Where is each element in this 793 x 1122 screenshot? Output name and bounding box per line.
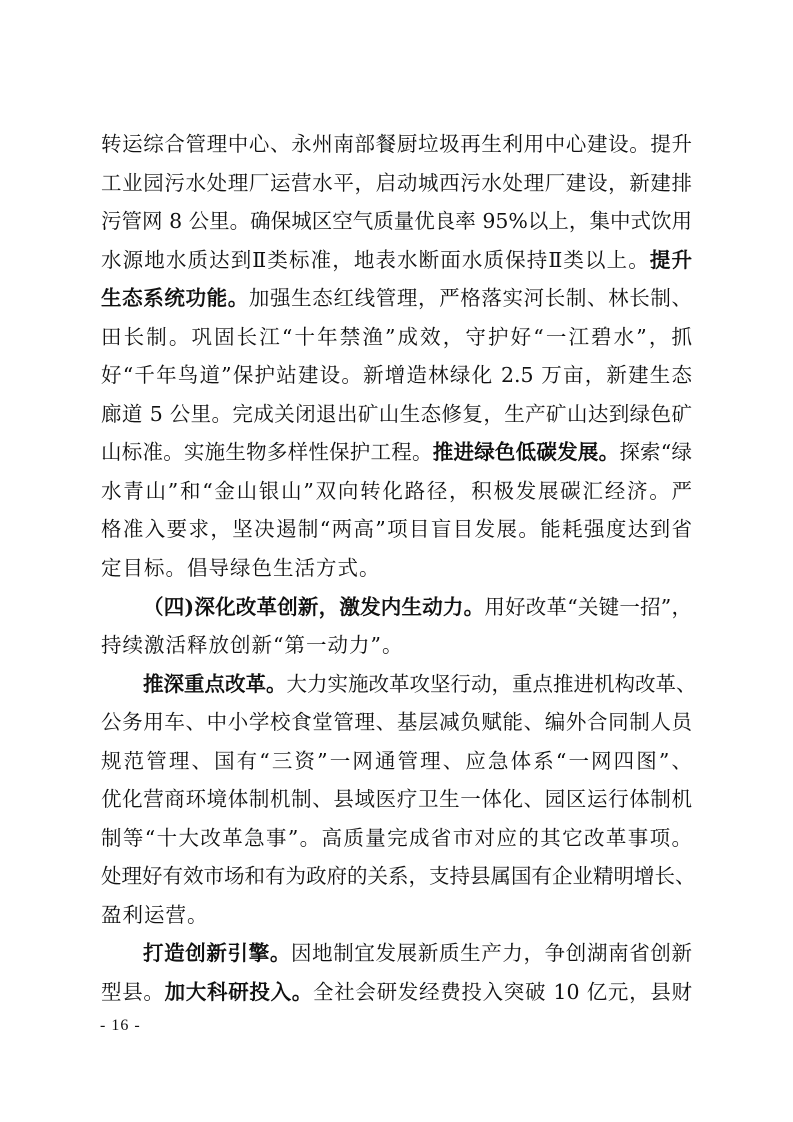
text-line: 推深重点改革。大力实施改革攻坚行动，重点推进机构改革、	[101, 665, 692, 704]
bold-heading-run: 提升	[650, 248, 692, 272]
text-run: 全社会研发经费投入突破 10 亿元，县财	[313, 980, 692, 1004]
text-run: 型县。	[101, 980, 165, 1004]
text-line: 工业园污水处理厂运营水平，启动城西污水处理厂建设，新建排	[101, 164, 692, 203]
text-line: 打造创新引擎。因地制宜发展新质生产力，争创湖南省创新	[101, 934, 692, 973]
bold-heading-run: 生态系统功能。	[101, 286, 249, 310]
bold-heading-run: 推进绿色低碳发展。	[433, 440, 620, 464]
page-number: - 16 -	[100, 1016, 141, 1036]
text-line: 廊道 5 公里。完成关闭退出矿山生态修复，生产矿山达到绿色矿	[101, 395, 692, 434]
text-line: 生态系统功能。加强生态红线管理，严格落实河长制、林长制、	[101, 279, 692, 318]
text-run: 制等“十大改革急事”。高质量完成省市对应的其它改革事项。	[101, 826, 692, 850]
bold-heading-run: 打造创新引擎。	[143, 941, 291, 965]
text-line: 定目标。倡导绿色生活方式。	[101, 549, 692, 588]
bold-heading-run: 推深重点改革。	[143, 672, 287, 696]
text-run: 规范管理、国有“三资”一网通管理、应急体系“一网四图”、	[101, 749, 692, 773]
text-line: 转运综合管理中心、永州南部餐厨垃圾再生利用中心建设。提升	[101, 125, 692, 164]
text-line: 规范管理、国有“三资”一网通管理、应急体系“一网四图”、	[101, 742, 692, 781]
text-line: 污管网 8 公里。确保城区空气质量优良率 95%以上，集中式饮用	[101, 202, 692, 241]
text-line: 制等“十大改革急事”。高质量完成省市对应的其它改革事项。	[101, 819, 692, 858]
text-line: 好“千年鸟道”保护站建设。新增造林绿化 2.5 万亩，新建生态	[101, 356, 692, 395]
text-line: 水青山”和“金山银山”双向转化路径，积极发展碳汇经济。严	[101, 472, 692, 511]
text-run: 因地制宜发展新质生产力，争创湖南省创新	[291, 941, 692, 965]
text-run: 水源地水质达到Ⅱ类标准，地表水断面水质保持Ⅱ类以上。	[101, 248, 650, 272]
text-run: 处理好有效市场和有为政府的关系，支持县属国有企业精明增长、	[101, 864, 696, 888]
text-run: 加强生态红线管理，严格落实河长制、林长制、	[249, 286, 692, 310]
text-run: 格准入要求，坚决遏制“两高”项目盲目发展。能耗强度达到省	[101, 517, 692, 541]
text-run: 廊道 5 公里。完成关闭退出矿山生态修复，生产矿山达到绿色矿	[101, 402, 692, 426]
text-line: 公务用车、中小学校食堂管理、基层减负赋能、编外合同制人员	[101, 703, 692, 742]
text-line: 山标准。实施生物多样性保护工程。推进绿色低碳发展。探索“绿	[101, 433, 692, 472]
section-heading-line: （四)深化改革创新，激发内生动力。用好改革“关键一招”，	[101, 588, 692, 627]
text-run: 转运综合管理中心、永州南部餐厨垃圾再生利用中心建设。提升	[101, 132, 692, 156]
text-line: 持续激活释放创新“第一动力”。	[101, 626, 692, 665]
text-run: 公务用车、中小学校食堂管理、基层减负赋能、编外合同制人员	[101, 710, 692, 734]
text-line: 优化营商环境体制机制、县域医疗卫生一体化、园区运行体制机	[101, 780, 692, 819]
text-run: 优化营商环境体制机制、县域医疗卫生一体化、园区运行体制机	[101, 787, 692, 811]
text-run: 定目标。倡导绿色生活方式。	[101, 556, 381, 580]
text-line: 处理好有效市场和有为政府的关系，支持县属国有企业精明增长、	[101, 857, 692, 896]
text-run: 田长制。巩固长江“十年禁渔”成效，守护好“一江碧水”，抓	[101, 325, 692, 349]
text-line: 格准入要求，坚决遏制“两高”项目盲目发展。能耗强度达到省	[101, 510, 692, 549]
text-line: 型县。加大科研投入。全社会研发经费投入突破 10 亿元，县财	[101, 973, 692, 1012]
text-run: 探索“绿	[619, 440, 692, 464]
text-line: 盈利运营。	[101, 896, 692, 935]
text-line: 田长制。巩固长江“十年禁渔”成效，守护好“一江碧水”，抓	[101, 318, 692, 357]
text-run: 大力实施改革攻坚行动，重点推进机构改革、	[287, 672, 697, 696]
section-heading: （四)深化改革创新，激发内生动力。	[143, 595, 484, 619]
text-run: 工业园污水处理厂运营水平，启动城西污水处理厂建设，新建排	[101, 171, 692, 195]
text-run: 污管网 8 公里。确保城区空气质量优良率 95%以上，集中式饮用	[101, 209, 692, 233]
bold-heading-run: 加大科研投入。	[165, 980, 313, 1004]
document-body: 转运综合管理中心、永州南部餐厨垃圾再生利用中心建设。提升 工业园污水处理厂运营水…	[101, 125, 692, 1012]
text-run: 持续激活释放创新“第一动力”。	[101, 633, 403, 657]
text-run: 好“千年鸟道”保护站建设。新增造林绿化 2.5 万亩，新建生态	[101, 363, 692, 387]
text-line: 水源地水质达到Ⅱ类标准，地表水断面水质保持Ⅱ类以上。提升	[101, 241, 692, 280]
text-run: 用好改革“关键一招”，	[484, 595, 692, 619]
text-run: 盈利运营。	[101, 903, 209, 927]
text-run: 山标准。实施生物多样性保护工程。	[101, 440, 433, 464]
text-run: 水青山”和“金山银山”双向转化路径，积极发展碳汇经济。严	[101, 479, 692, 503]
